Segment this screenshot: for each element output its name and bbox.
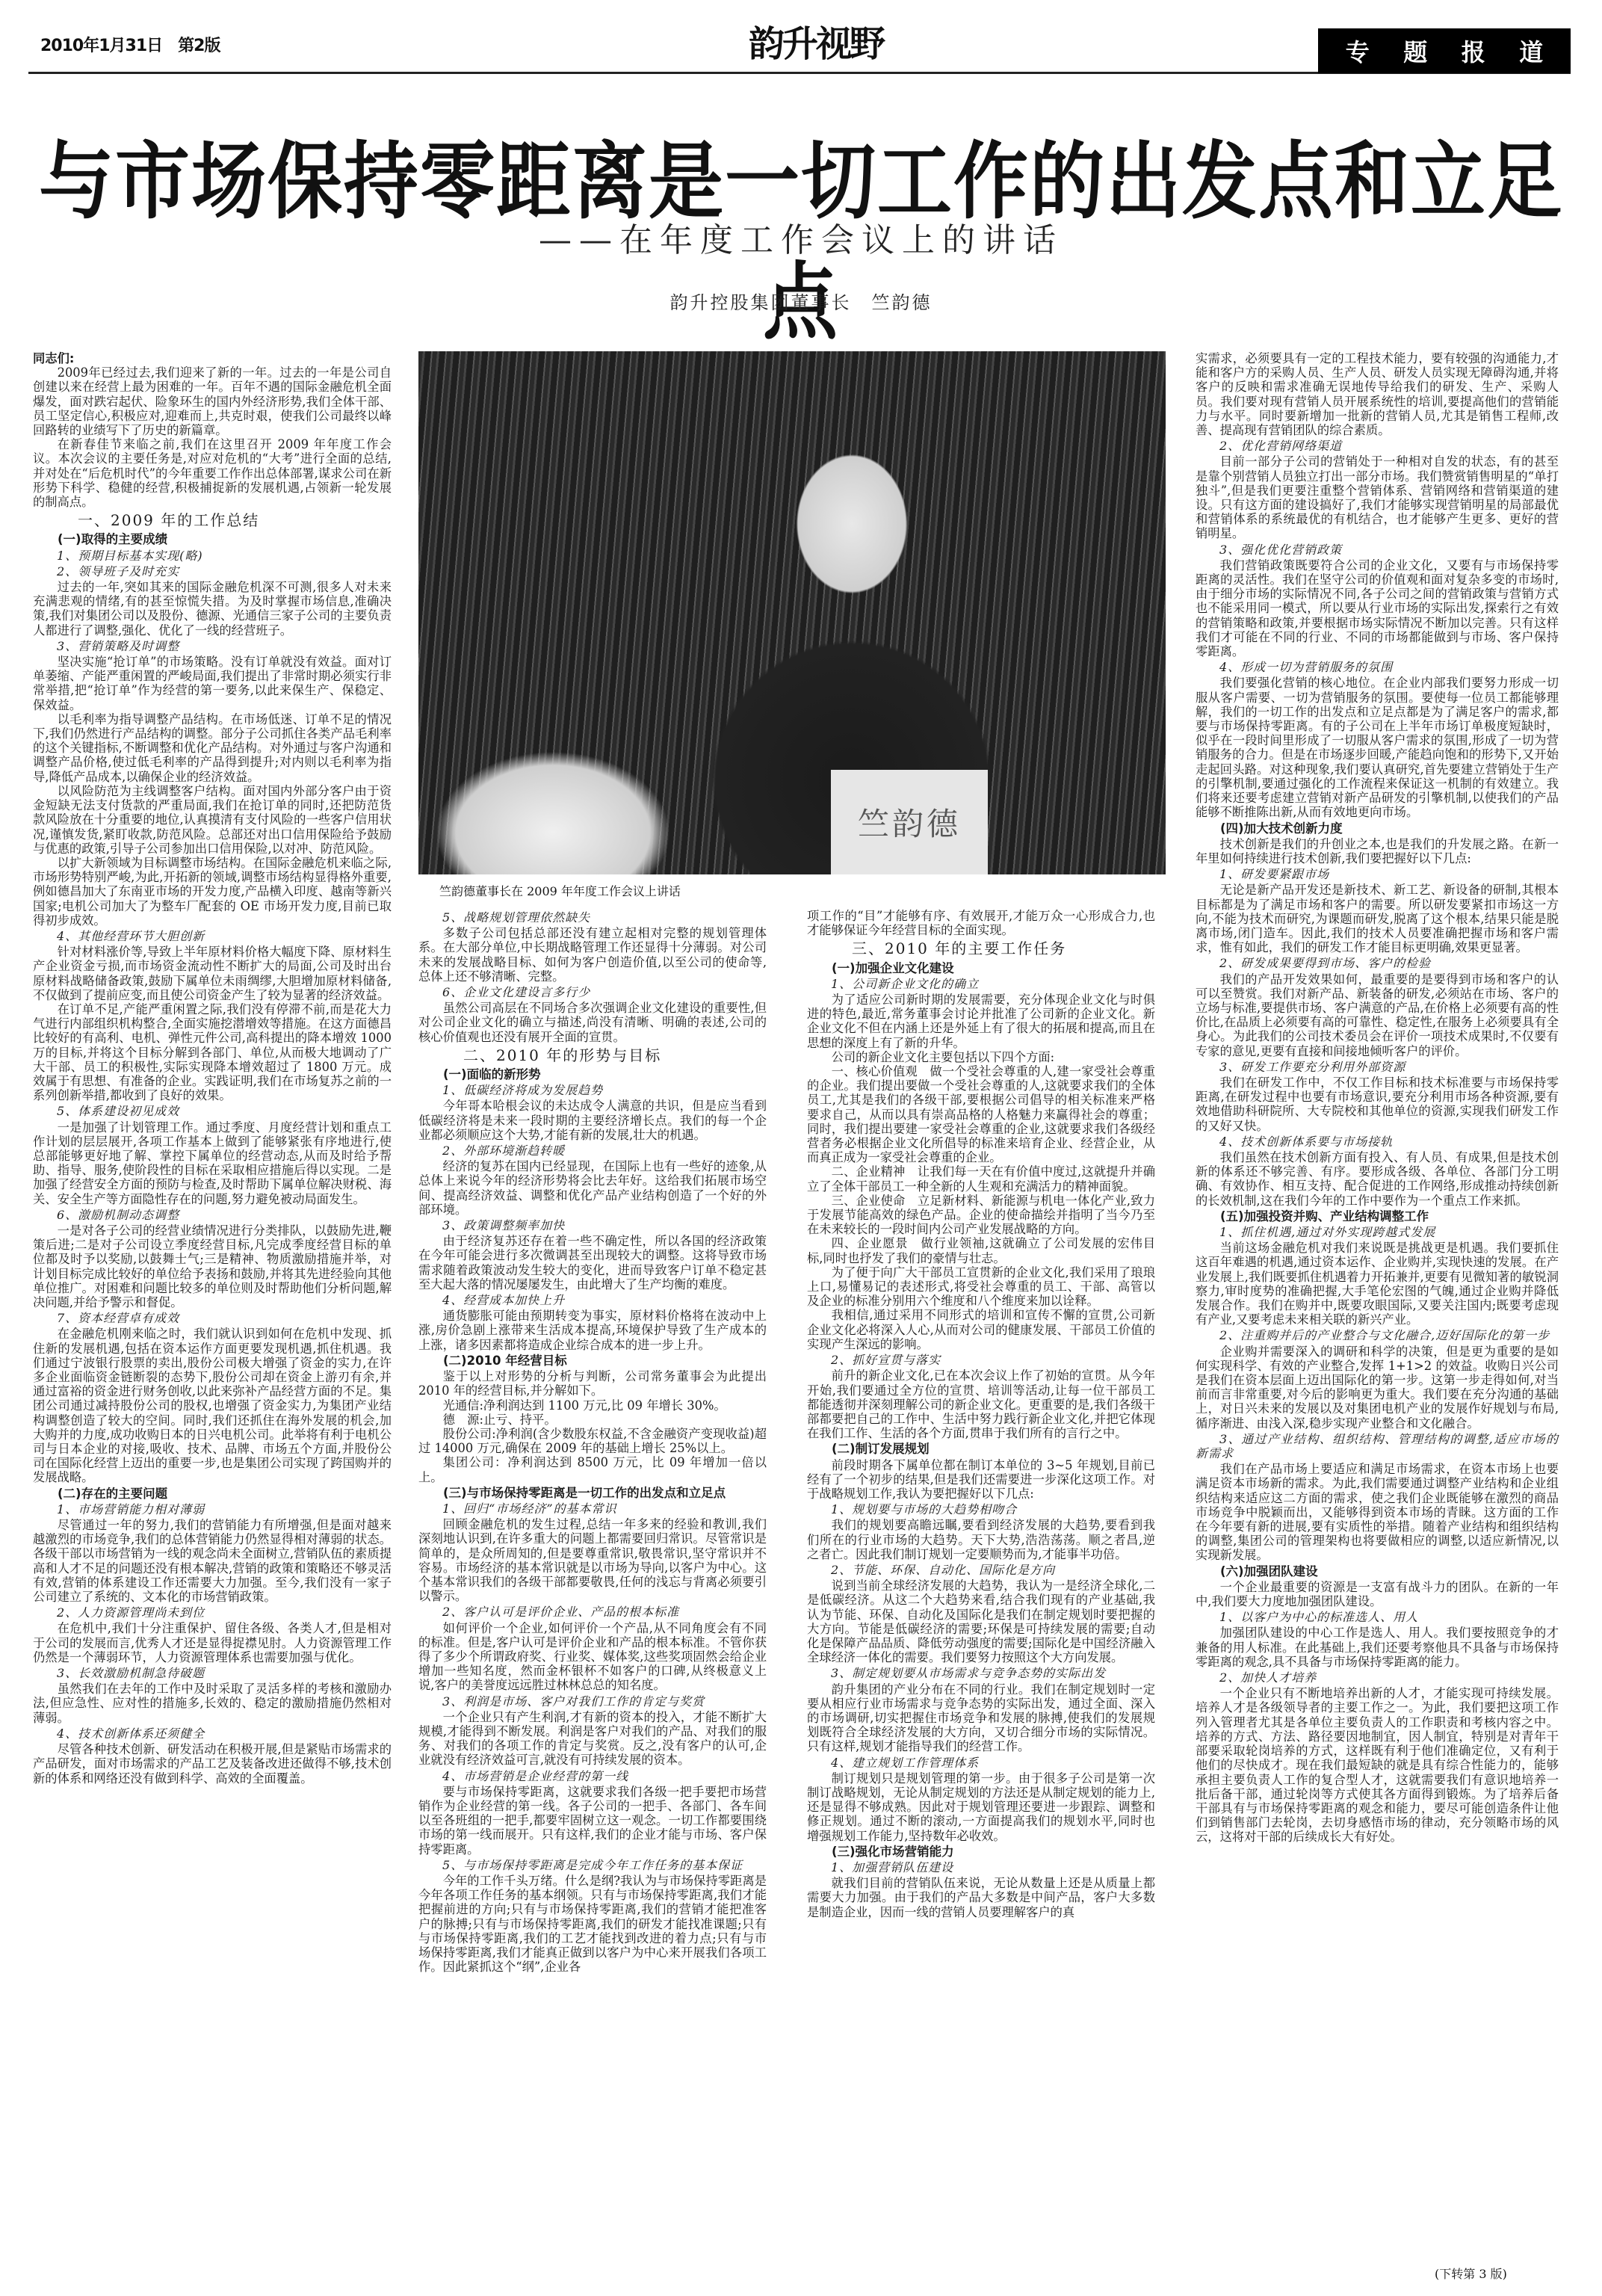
subsection-heading: (四)加大技术创新力度	[1196, 821, 1559, 836]
subsection-heading: (二)存在的主要问题	[33, 1487, 392, 1501]
paragraph: 我们要强化营销的核心地位。在企业内部我们要努力形成一切服从客户需要、一切为营销服…	[1196, 676, 1559, 819]
column-4: 实需求，必须要具有一定的工程技术能力，要有较强的沟通能力,才能和客户方的采购人员…	[1196, 351, 1559, 1845]
subsection-heading: (二)制订发展规划	[807, 1442, 1155, 1456]
section-char: 专	[1346, 34, 1370, 68]
paragraph: 前升的新企业文化,已在本次会议上作了初始的宣贯。从今年开始,我们要通过全方位的宣…	[807, 1368, 1155, 1440]
paper-name: 韵升视野	[749, 15, 883, 67]
continued-note: (下转第 3 版)	[1435, 2265, 1507, 2282]
item-heading: 6、激励机制动态调整	[33, 1208, 392, 1222]
item-heading: 1、规划要与市场的大趋势相吻合	[807, 1502, 1155, 1516]
masthead: 2010年1月31日 第2版 韵升视野 专 题 报 道	[28, 0, 1571, 74]
paragraph: 项工作的“目”才能够有序、有效展开,才能万众一心形成合力,也才能够保证今年经营目…	[807, 909, 1155, 937]
item-heading: 2、加快人才培养	[1196, 1670, 1559, 1685]
subsection-heading: (五)加强投资并购、产业结构调整工作	[1196, 1209, 1559, 1223]
subsection-heading: (一)取得的主要成绩	[33, 532, 392, 546]
item-heading: 1、低碳经济将成为发展趋势	[418, 1083, 767, 1097]
item-heading: 4、市场营销是企业经营的第一线	[418, 1769, 767, 1783]
paragraph: 前段时期各下属单位都在制订本单位的 3~5 年规划,目前已经有了一个初步的结果,…	[807, 1458, 1155, 1502]
item-heading: 2、客户认可是评价企业、产品的根本标准	[418, 1605, 767, 1619]
greeting: 同志们:	[33, 351, 392, 365]
paragraph: 尽管通过一年的努力,我们的营销能力有所增强,但是面对越来越激烈的市场竞争,我们的…	[33, 1518, 392, 1604]
paragraph: 2009年已经过去,我们迎来了新的一年。过去的一年是公司自创建以来在经营上最为困…	[33, 365, 392, 437]
paragraph: 以风险防范为主线调整客户结构。面对国内外部分客户由于资金短缺无法支付货款的严重局…	[33, 784, 392, 856]
target-line: 德 源:止亏、持平。	[418, 1413, 767, 1427]
target-line: 股份公司:净利润(含少数股东权益,不含金融资产变现收益)超过 14000 万元,…	[418, 1427, 767, 1455]
paragraph: 鉴于以上对形势的分析与判断，公司常务董事会为此提出 2010 年的经营目标,并分…	[418, 1369, 767, 1398]
target-line: 集团公司：净利润达到 8500 万元，比 09 年增加一倍以上。	[418, 1455, 767, 1484]
paragraph: 说到当前全球经济发展的大趋势，我认为一是经济全球化,二是低碳经济。从这二个大趋势…	[807, 1578, 1155, 1664]
photo-caption: 竺韵德董事长在 2009 年年度工作会议上讲话	[439, 882, 681, 899]
paragraph: 韵升集团的产业分布在不同的行业。我们在制定规划时一定要从相应行业市场需求与竞争态…	[807, 1682, 1155, 1754]
paragraph: 多数子公司包括总部还没有建立起相对完整的规划管理体系。在大部分单位,中长期战略管…	[418, 926, 767, 984]
speaker-photo: 竺韵德	[418, 351, 1166, 874]
item-heading: 1、回归“市场经济”的基本常识	[418, 1502, 767, 1516]
paragraph: 我们的规划要高瞻远瞩,要看到经济发展的大趋势,要看到我们所在的行业市场的大趋势。…	[807, 1518, 1155, 1561]
paragraph: 为了便于向广大干部员工宣贯新的企业文化,我们采用了琅琅上口,易懂易记的表述形式,…	[807, 1265, 1155, 1309]
item-heading: 4、其他经营环节大胆创新	[33, 929, 392, 943]
item-heading: 3、利润是市场、客户对我们工作的肯定与奖赏	[418, 1694, 767, 1709]
item-heading: 2、领导班子及时充实	[33, 564, 392, 578]
paragraph: 针对材料涨价等,导致上半年原材料价格大幅度下降、原材料生产企业资金亏损,而市场资…	[33, 945, 392, 1002]
paragraph: 一是加强了计划管理工作。通过季度、月度经营计划和重点工作计划的层层展开,各项工作…	[33, 1120, 392, 1206]
item-heading: 4、形成一切为营销服务的氛围	[1196, 660, 1559, 674]
paragraph: 制订规划只是规划管理的第一步。由于很多子公司是第一次制订战略规划，无论从制定规划…	[807, 1771, 1155, 1843]
paragraph: 在订单不足,产能严重闲置之际,我们没有停滞不前,而是花大力气进行内部组织机构整合…	[33, 1002, 392, 1102]
paragraph: 四、企业愿景 做行业领袖,这就确立了公司发展的宏伟目标,同时也抒发了我们的豪情与…	[807, 1236, 1155, 1265]
paragraph: 我相信,通过采用不同形式的培训和宣传不懈的宣贯,公司新企业文化必将深入人心,从而…	[807, 1308, 1155, 1351]
item-heading: 1、公司新企业文化的确立	[807, 977, 1155, 991]
paragraph: 尽管各种技术创新、研发活动在积极开展,但是紧贴市场需求的产品研发，面对市场需求的…	[33, 1742, 392, 1786]
paragraph: 一个企业最重要的资源是一支富有战斗力的团队。在新的一年中,我们要大力度地加强团队…	[1196, 1580, 1559, 1608]
paragraph: 过去的一年,突如其来的国际金融危机深不可测,很多人对未来充满悲观的情绪,有的甚至…	[33, 580, 392, 638]
issue-date: 2010年1月31日 第2版	[40, 33, 220, 56]
subsection-heading: (三)强化市场营销能力	[807, 1845, 1155, 1859]
item-heading: 4、建立规划工作管理体系	[807, 1756, 1155, 1770]
section-label-box: 专 题 报 道	[1318, 28, 1571, 73]
paragraph: 一个企业只有不断地培养出新的人才，才能实现可持续发展。培养人才是各级领导者的主要…	[1196, 1686, 1559, 1844]
paragraph: 无论是新产品开发还是新技术、新工艺、新设备的研制,其根本目标都是为了满足市场和客…	[1196, 883, 1559, 954]
column-1: 同志们: 2009年已经过去,我们迎来了新的一年。过去的一年是公司自创建以来在经…	[33, 351, 392, 1786]
item-heading: 2、优化营销网络渠道	[1196, 439, 1559, 453]
paragraph: 我们在研发工作中，不仅工作目标和技术标准要与市场保持零距离,在研发过程中也要有市…	[1196, 1076, 1559, 1133]
paragraph: 为了适应公司新时期的发展需要，充分体现企业文化与时俱进的特色,最近,常务董事会讨…	[807, 993, 1155, 1050]
item-heading: 1、预期目标基本实现(略)	[33, 549, 392, 563]
section-char: 题	[1403, 34, 1427, 68]
item-heading: 4、技术创新体系要与市场接轨	[1196, 1135, 1559, 1149]
item-heading: 7、资本经营卓有成效	[33, 1311, 392, 1325]
paragraph: 二、企业精神 让我们每一天在有价值中度过,这就提升并确立了全体干部员工一种全新的…	[807, 1164, 1155, 1193]
item-heading: 3、营销策略及时调整	[33, 639, 392, 653]
paragraph: 以扩大新领域为目标调整市场结构。在国际金融危机来临之际,市场形势特别严峻,为此,…	[33, 856, 392, 928]
column-3: 项工作的“目”才能够有序、有效展开,才能万众一心形成合力,也才能够保证今年经营目…	[807, 909, 1155, 1919]
item-heading: 3、长效激励机制急待破题	[33, 1666, 392, 1680]
paragraph: 经济的复苏在国内已经显现，在国际上也有一些好的迹象,从总体上来说今年的经济形势将…	[418, 1159, 767, 1217]
section-char: 道	[1519, 34, 1543, 68]
paragraph: 我们的产品开发效果如何，最重要的是要得到市场和客户的认可以至赞赏。我们对新产品、…	[1196, 972, 1559, 1058]
paragraph: 公司的新企业文化主要包括以下四个方面:	[807, 1050, 1155, 1064]
item-heading: 5、战略规划管理依然缺失	[418, 910, 767, 925]
paragraph: 在危机中,我们十分注重保护、留住各级、各类人才,但是相对于公司的发展而言,优秀人…	[33, 1621, 392, 1664]
paragraph: 在金融危机刚来临之时，我们就认识到如何在危机中发现、抓住新的发展机遇,包括在资本…	[33, 1327, 392, 1484]
paragraph: 我们营销政策既要符合公司的企业文化，又要有与市场保持零距离的灵活性。我们在坚守公…	[1196, 558, 1559, 658]
paragraph: 企业购并需要深入的调研和科学的决策，但是更为重要的是如何实现科学、有效的产业整合…	[1196, 1345, 1559, 1431]
paragraph: 一、核心价值观 做一个受社会尊重的人,建一家受社会尊重的企业。我们提出要做一个受…	[807, 1064, 1155, 1164]
item-heading: 5、体系建设初见成效	[33, 1104, 392, 1118]
paragraph: 要与市场保持零距离，这就要求我们各级一把手要把市场营销作为企业经营的第一线。各子…	[418, 1785, 767, 1857]
paragraph: 以毛利率为指导调整产品结构。在市场低迷、订单不足的情况下,我们仍然进行产品结构的…	[33, 712, 392, 784]
item-heading: 2、节能、环保、自动化、国际化是方向	[807, 1563, 1155, 1577]
column-2: 5、战略规划管理依然缺失 多数子公司包括总部还没有建立起相对完整的规划管理体系。…	[418, 909, 767, 1974]
paragraph: 通货膨胀可能由预期转变为事实，原材料价格将在波动中上涨,房价急剧上涨带来生活成本…	[418, 1309, 767, 1352]
paragraph: 今年哥本哈根会议的未达成令人满意的共识，但是应当看到低碳经济将是未来一段时期的主…	[418, 1099, 767, 1142]
paragraph: 一是对各子公司的经营业绩情况进行分类排队，以鼓励先进,鞭策后进;二是对子公司设立…	[33, 1223, 392, 1309]
paragraph: 当前这场金融危机对我们来说既是挑战更是机遇。我们要抓住这百年难遇的机遇,通过资本…	[1196, 1241, 1559, 1327]
paragraph: 就我们目前的营销队伍来说，无论从数量上还是从质量上都需要大力加强。由于我们的产品…	[807, 1876, 1155, 1919]
nameplate: 竺韵德	[831, 770, 988, 874]
paragraph: 如何评价一个企业,如何评价一个产品,从不同角度会有不同的标准。但是,客户认可是评…	[418, 1621, 767, 1693]
item-heading: 2、人力资源管理尚未到位	[33, 1605, 392, 1620]
item-heading: 3、制定规划要从市场需求与竞争态势的实际出发	[807, 1666, 1155, 1680]
paragraph: 加强团队建设的中心工作是选人、用人。我们要按照竞争的才兼备的用人标准。在此基础上…	[1196, 1626, 1559, 1669]
item-heading: 1、抓住机遇,通过对外实现跨越式发展	[1196, 1225, 1559, 1239]
subsection-heading: (二)2010 年经营目标	[418, 1354, 767, 1368]
subtitle: ——在年度工作会议上的讲话	[0, 213, 1602, 261]
subsection-heading: (一)面临的新形势	[418, 1067, 767, 1081]
section-heading: 三、2010 年的主要工作任务	[807, 942, 1155, 956]
item-heading: 4、技术创新体系还须健全	[33, 1726, 392, 1741]
section-heading: 二、2010 年的形势与目标	[418, 1049, 767, 1063]
item-heading: 5、与市场保持零距离是完成今年工作任务的基本保证	[418, 1858, 767, 1872]
paragraph: 一个企业只有产生利润,才有新的资本的投入，才能不断扩大规模,才能得到不断发展。利…	[418, 1710, 767, 1768]
paragraph: 三、企业使命 立足新材料、新能源与机电一体化产业,致力于发展节能高效的绿色产品。…	[807, 1194, 1155, 1237]
item-heading: 2、注重购并后的产业整合与文化融合,迈好国际化的第一步	[1196, 1328, 1559, 1342]
item-heading: 3、强化优化营销政策	[1196, 543, 1559, 557]
paragraph: 技术创新是我们的升创业之本,也是我们的升发展之路。在新一年里如何持续进行技术创新…	[1196, 837, 1559, 865]
section-char: 报	[1462, 34, 1485, 68]
paragraph: 在新春佳节来临之前,我们在这里召开 2009 年年度工作会议。本次会议的主要任务…	[33, 437, 392, 509]
item-heading: 4、经营成本加快上升	[418, 1293, 767, 1307]
paragraph: 实需求，必须要具有一定的工程技术能力，要有较强的沟通能力,才能和客户方的采购人员…	[1196, 351, 1559, 437]
item-heading: 2、抓好宣贯与落实	[807, 1353, 1155, 1367]
paragraph: 虽然公司高层在不同场合多次强调企业文化建设的重要性,但对公司企业文化的确立与描述…	[418, 1001, 767, 1044]
item-heading: 1、市场营销能力相对薄弱	[33, 1502, 392, 1516]
item-heading: 3、通过产业结构、组织结构、管理结构的调整,适应市场的新需求	[1196, 1432, 1559, 1460]
item-heading: 3、研发工作要充分利用外部资源	[1196, 1060, 1559, 1074]
target-line: 光通信:净利润达到 1100 万元,比 09 年增长 30%。	[418, 1398, 767, 1413]
item-heading: 2、研发成果要得到市场、客户的检验	[1196, 956, 1559, 970]
paragraph: 今年的工作千头万绪。什么是纲?我认为与市场保持零距离是今年各项工作任务的基本纲领…	[418, 1874, 767, 1974]
item-heading: 1、加强营销队伍建设	[807, 1860, 1155, 1874]
item-heading: 3、政策调整频率加快	[418, 1218, 767, 1232]
subsection-heading: (六)加强团队建设	[1196, 1564, 1559, 1578]
item-heading: 1、以客户为中心的标准选人、用人	[1196, 1610, 1559, 1624]
item-heading: 1、研发要紧跟市场	[1196, 867, 1559, 881]
item-heading: 2、外部环境渐趋转暖	[418, 1144, 767, 1158]
byline: 韵升控股集团董事长 竺韵德	[0, 288, 1602, 314]
paragraph: 回顾金融危机的发生过程,总结一年多来的经验和教训,我们深刻地认识到,在许多重大的…	[418, 1517, 767, 1603]
paragraph: 由于经济复苏还存在着一些不确定性，所以各国的经济政策在今年可能会进行多次微调甚至…	[418, 1234, 767, 1291]
paragraph: 坚决实施“抢订单”的市场策略。没有订单就没有效益。面对订单萎缩、产能严重闲置的严…	[33, 655, 392, 712]
section-heading: 一、2009 年的工作总结	[33, 513, 392, 528]
item-heading: 6、企业文化建设言多行少	[418, 985, 767, 999]
subsection-heading: (三)与市场保持零距离是一切工作的出发点和立足点	[418, 1486, 767, 1500]
paragraph: 我们在产品市场上要适应和满足市场需求，在资本市场上也要满足资本市场新的需求。为此…	[1196, 1462, 1559, 1562]
paragraph: 目前一部分子公司的营销处于一种相对自发的状态，有的甚至是靠个别营销人员独立打出一…	[1196, 454, 1559, 540]
paragraph: 我们虽然在技术创新方面有投入、有人员、有成果,但是技术创新的体系还不够完善、有序…	[1196, 1150, 1559, 1208]
paragraph: 虽然我们在去年的工作中及时采取了灵活多样的考核和激励办法,但应急性、应对性的措施…	[33, 1682, 392, 1725]
subsection-heading: (一)加强企业文化建设	[807, 961, 1155, 975]
